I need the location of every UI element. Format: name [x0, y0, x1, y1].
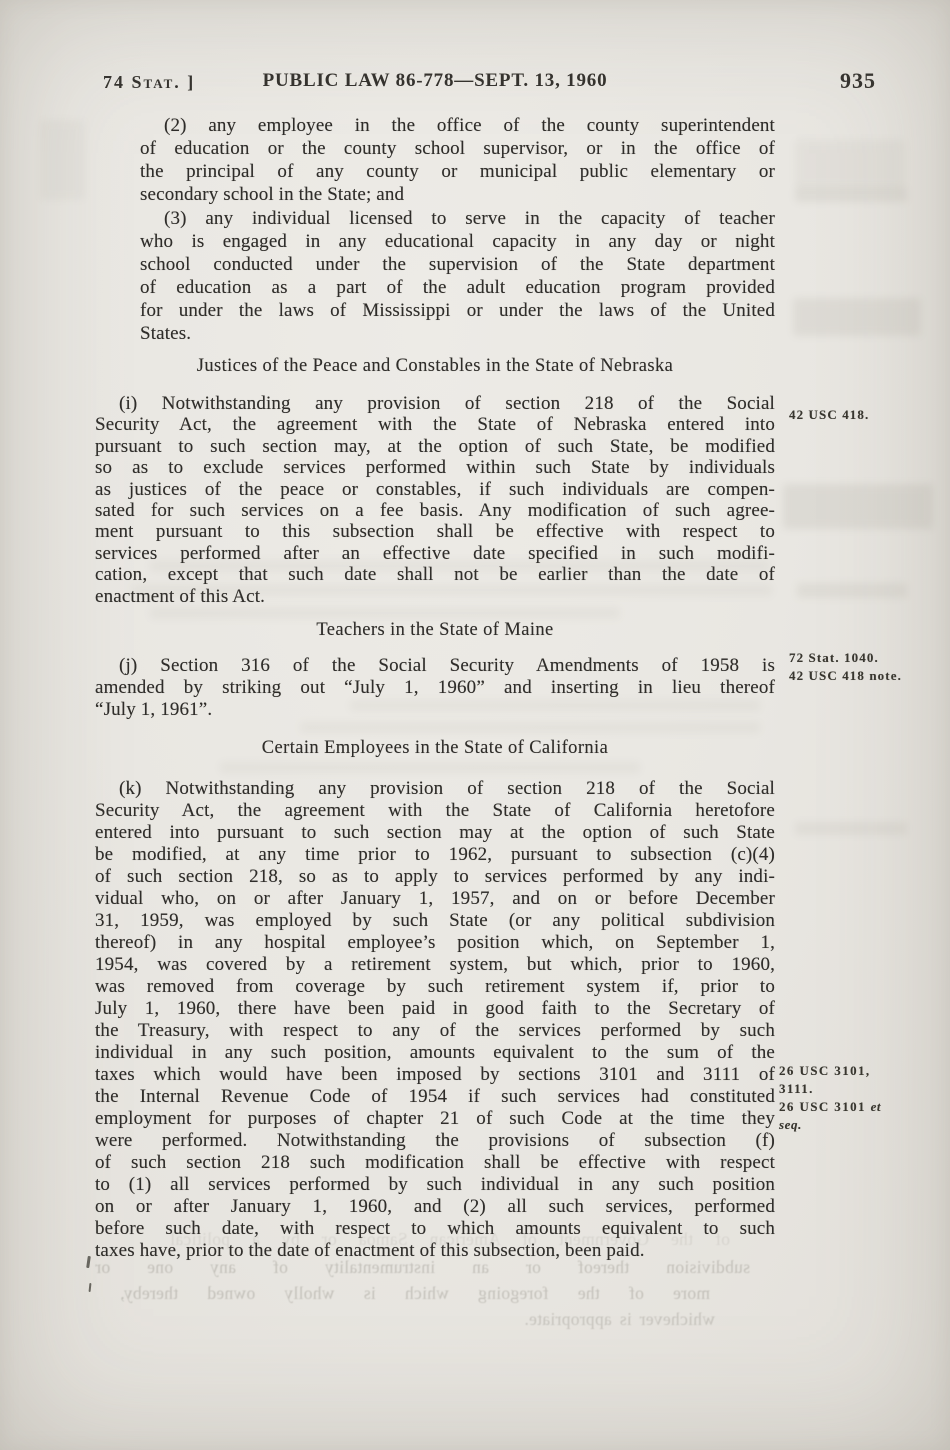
text-line: employment for purposes of chapter 21 of… [95, 1108, 775, 1130]
text-line: 31, 1959, was employed by such State (or… [95, 910, 775, 932]
margin-note-usc-3101: 26 USC 3101,3111.26 USC 3101 etseq. [779, 1062, 944, 1134]
margin-note-line: 26 USC 3101 et [779, 1098, 944, 1116]
margin-note-line: 42 USC 418 note. [789, 667, 950, 685]
bleed-through-smudge [795, 187, 907, 202]
bleed-through-smudge [40, 120, 85, 200]
margin-note-text: 42 USC 418. [789, 407, 869, 422]
text-line: who is engaged in any educational capaci… [140, 230, 775, 253]
text-line: to (1) all services performed by such in… [95, 1174, 775, 1196]
text-line: for under the laws of Mississippi or und… [140, 299, 775, 322]
heading-california: Certain Employees in the State of Califo… [95, 738, 775, 759]
margin-note-line: seq. [779, 1116, 944, 1134]
bleed-through-smudge [150, 607, 620, 619]
margin-note-line: 3111. [779, 1080, 944, 1098]
text-line: vidual who, on or after January 1, 1957,… [95, 888, 775, 910]
bleed-through-smudge [795, 140, 905, 188]
text-line: ment pursuant to this subsection shall b… [95, 521, 775, 542]
heading-nebraska: Justices of the Peace and Constables in … [95, 356, 775, 377]
bleed-through-smudge [795, 822, 907, 835]
bleed-through-smudge [150, 560, 770, 572]
text-line: on or after January 1, 1960, and (2) all… [95, 1196, 775, 1218]
bleed-through-line: more of the foregoing which is wholly ow… [120, 1283, 710, 1304]
margin-note-stat-1040: 72 Stat. 1040.42 USC 418 note. [789, 649, 950, 685]
text-line: was removed from coverage by such retire… [95, 976, 775, 998]
ink-mark [86, 1256, 91, 1268]
text-line: (2) any employee in the office of the co… [140, 114, 775, 137]
text-line: were performed. Notwithstanding the prov… [95, 1130, 775, 1152]
text-line: Security Act, the agreement with the Sta… [95, 800, 775, 822]
text-line: amended by striking out “July 1, 1960” a… [95, 677, 775, 699]
text-line: of such section 218 such modification sh… [95, 1152, 775, 1174]
text-line: of such section 218, so as to apply to s… [95, 866, 775, 888]
text-line: (k) Notwithstanding any provision of sec… [95, 778, 775, 800]
text-line: pursuant to such section may, at the opt… [95, 436, 775, 457]
margin-note-line: 26 USC 3101, [779, 1062, 944, 1080]
text-line: of education or the county school superv… [140, 137, 775, 160]
bleed-through-line: subdivision thereof or an instrumentalit… [95, 1257, 750, 1278]
margin-note-text: 72 Stat. 1040. [789, 650, 879, 665]
text-line: 1954, was covered by a retirement system… [95, 954, 775, 976]
margin-note-line: 72 Stat. 1040. [789, 649, 950, 667]
bleed-through-line: of the Government of American Samoa or b… [170, 1229, 730, 1250]
text-line: as justices of the peace or constables, … [95, 479, 775, 500]
page-header: 74 Stat. ] PUBLIC LAW 86-778—SEPT. 13, 1… [0, 70, 950, 100]
bleed-through-smudge [220, 762, 640, 773]
margin-note-text: 42 USC 418 note. [789, 668, 902, 683]
bleed-through-smudge [350, 700, 760, 711]
margin-note-text: 26 USC 3101 [779, 1099, 871, 1114]
statute-page: 74 Stat. ] PUBLIC LAW 86-778—SEPT. 13, 1… [0, 0, 950, 1450]
margin-note-text: 26 USC 3101, [779, 1063, 871, 1078]
text-line: so as to exclude services performed with… [95, 457, 775, 478]
paragraph-k: (k) Notwithstanding any provision of sec… [95, 778, 775, 1262]
text-line: taxes which would have been imposed by s… [95, 1064, 775, 1086]
margin-note-italic-text: et [871, 1099, 882, 1114]
paragraph-3: (3) any individual licensed to serve in … [140, 207, 775, 345]
text-line: (3) any individual licensed to serve in … [140, 207, 775, 230]
text-line: the principal of any county or municipal… [140, 160, 775, 183]
text-line: school conducted under the supervision o… [140, 253, 775, 276]
ink-mark [89, 1283, 92, 1292]
text-line: (i) Notwithstanding any provision of sec… [95, 393, 775, 414]
bleed-through-smudge [783, 484, 933, 529]
text-line: States. [140, 322, 775, 345]
margin-note-usc-418: 42 USC 418. [789, 406, 950, 424]
text-line: of education as a part of the adult educ… [140, 276, 775, 299]
bleed-through-smudge [797, 583, 907, 598]
page-number: 935 [840, 68, 910, 94]
text-line: secondary school in the State; and [140, 183, 775, 206]
margin-note-italic-text: seq. [779, 1117, 802, 1132]
text-line: the Internal Revenue Code of 1954 if suc… [95, 1086, 775, 1108]
law-title: PUBLIC LAW 86-778—SEPT. 13, 1960 [95, 70, 775, 92]
bleed-through-smudge [300, 722, 760, 733]
text-line: sated for such services on a fee basis. … [95, 500, 775, 521]
text-line: Security Act, the agreement with the Sta… [95, 414, 775, 435]
bleed-through-line: whichever is appropriate. [405, 1309, 715, 1330]
text-line: (j) Section 316 of the Social Security A… [95, 655, 775, 677]
text-line: the Treasury, with respect to any of the… [95, 1020, 775, 1042]
bleed-through-smudge [132, 584, 772, 596]
heading-maine: Teachers in the State of Maine [95, 620, 775, 641]
text-line: be modified, at any time prior to 1962, … [95, 844, 775, 866]
paragraph-i: (i) Notwithstanding any provision of sec… [95, 393, 775, 607]
text-line: thereof) in any hospital employee’s posi… [95, 932, 775, 954]
margin-note-line: 42 USC 418. [789, 406, 950, 424]
text-line: July 1, 1960, there have been paid in go… [95, 998, 775, 1020]
paragraph-2: (2) any employee in the office of the co… [140, 114, 775, 206]
bleed-through-smudge [793, 298, 921, 336]
text-line: individual in any such position, amounts… [95, 1042, 775, 1064]
margin-note-text: 3111. [779, 1081, 814, 1096]
text-line: entered into pursuant to such section ma… [95, 822, 775, 844]
